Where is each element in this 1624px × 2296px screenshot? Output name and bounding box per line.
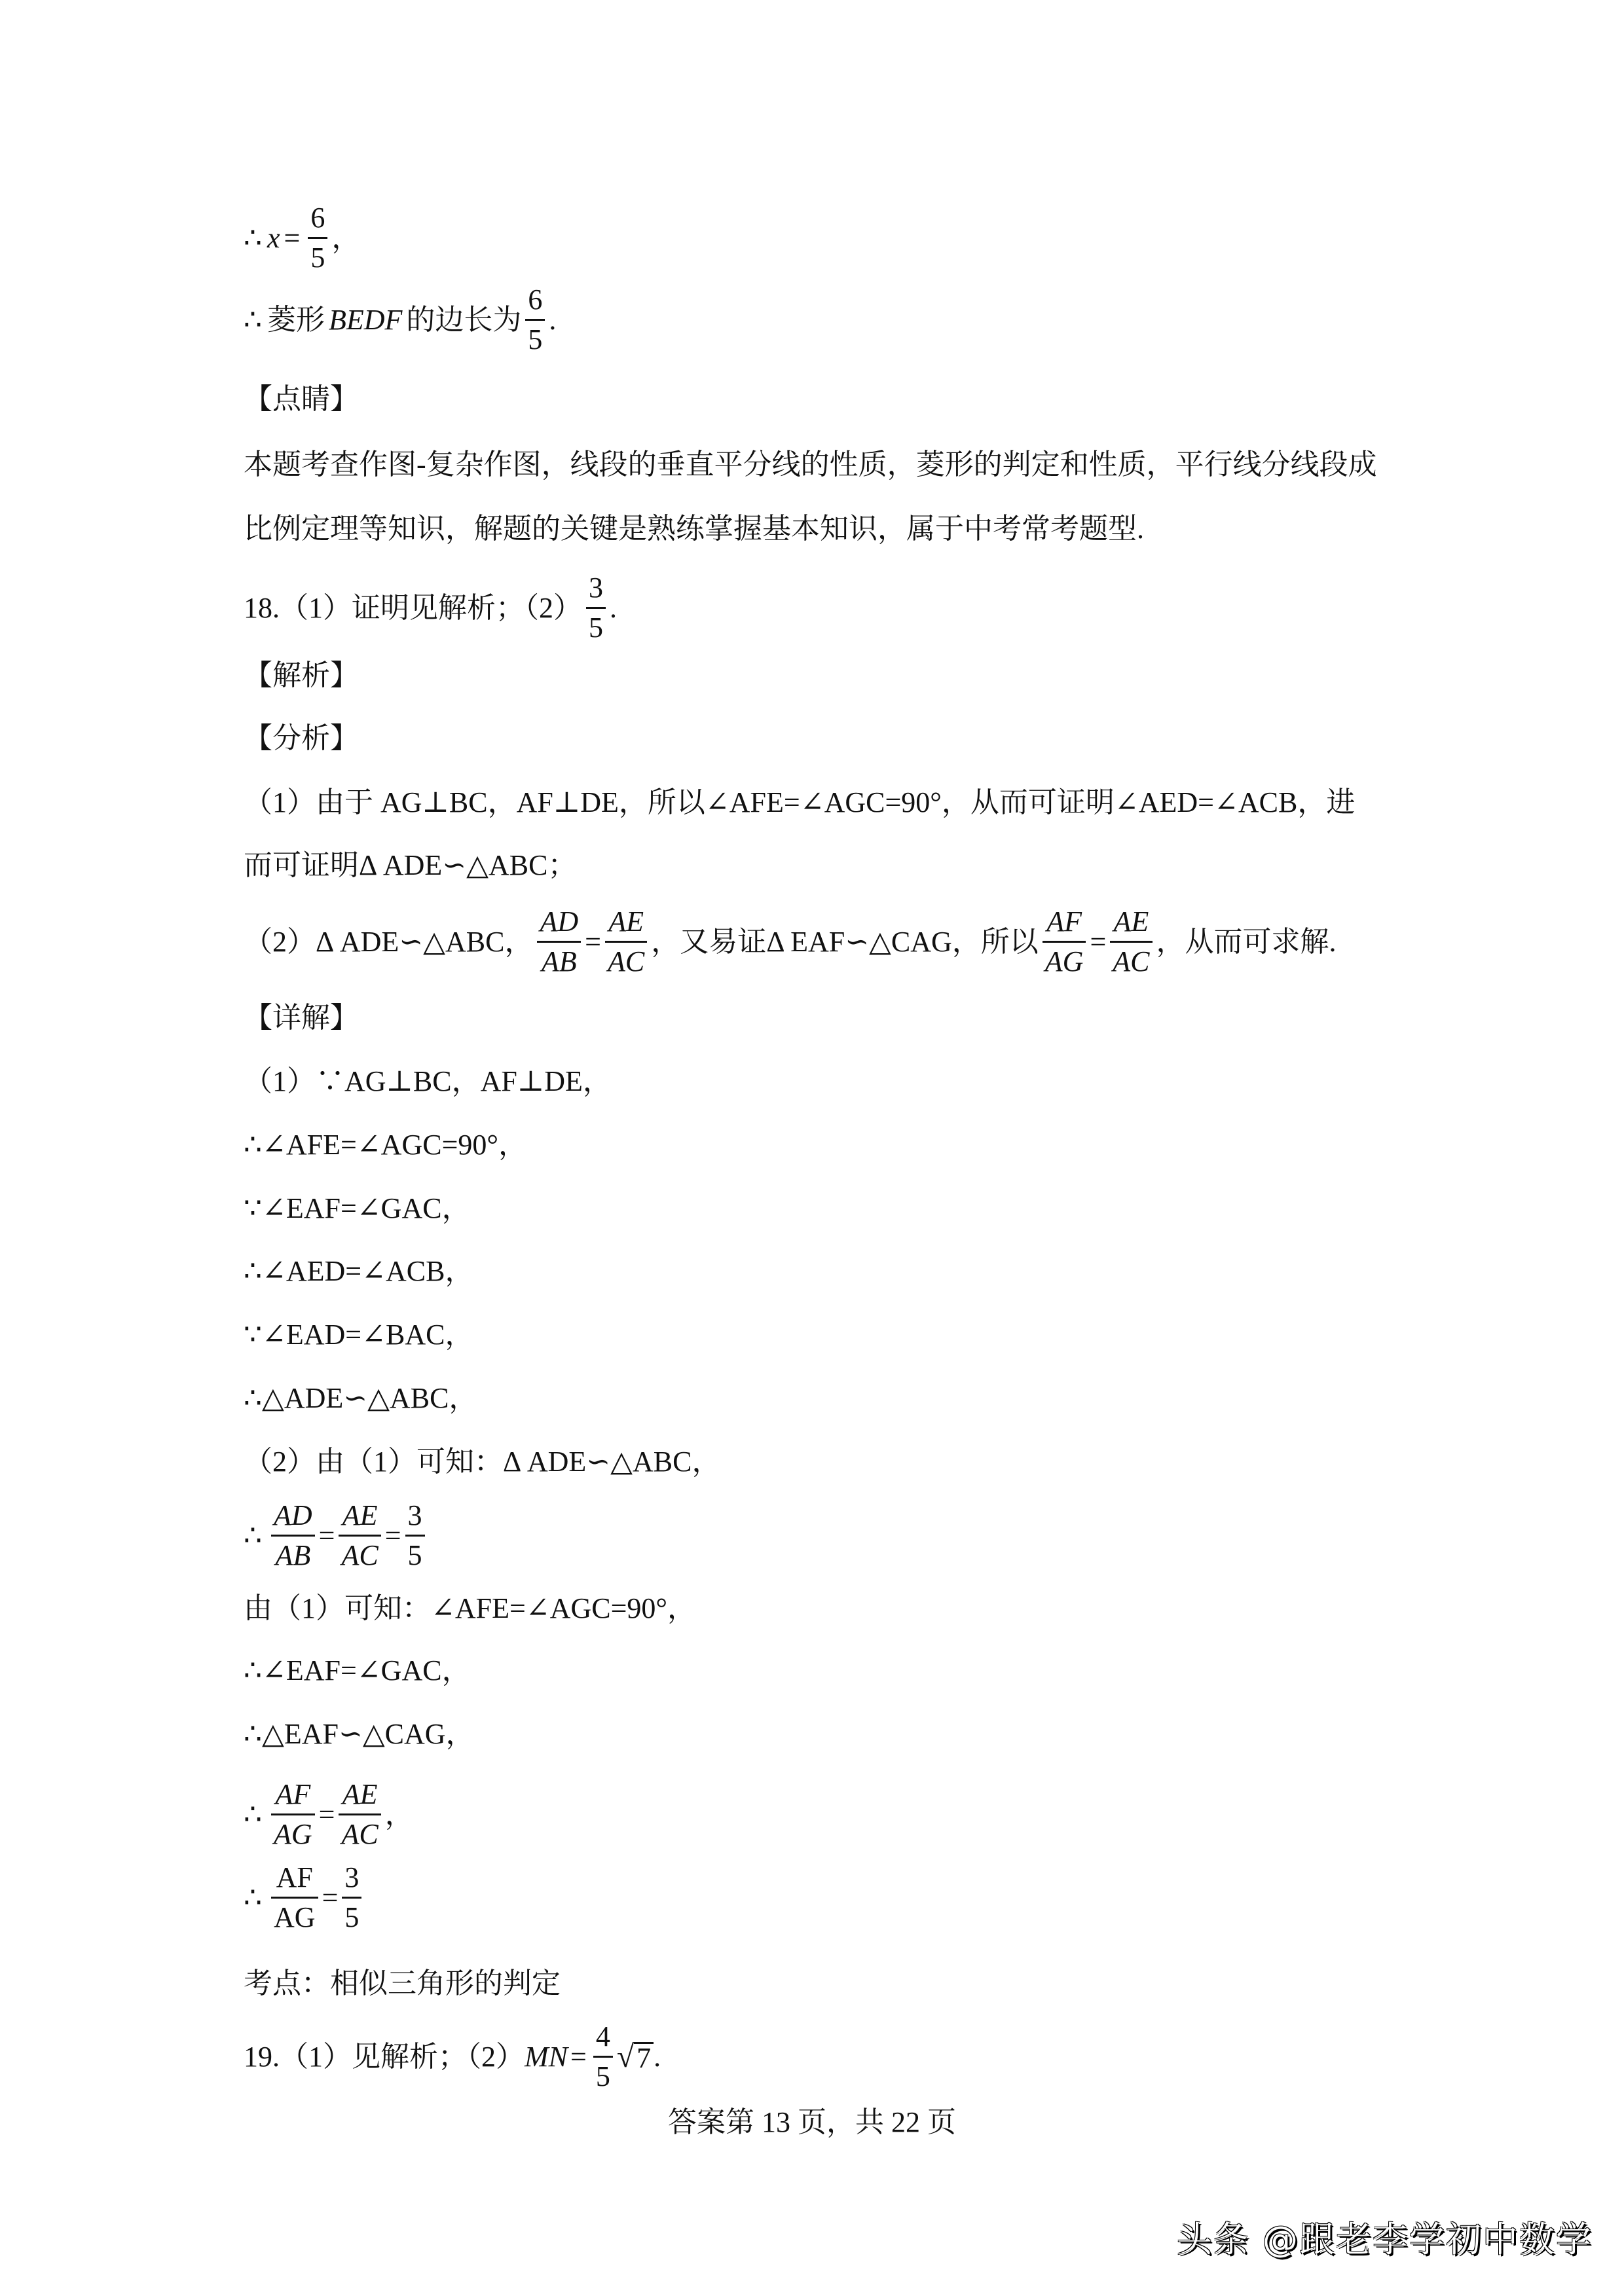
detail-step: ∵∠EAF=∠GAC， bbox=[244, 1194, 471, 1223]
answer-18: 18.（1）证明见解析；（2） 35 . bbox=[244, 573, 617, 643]
section-heading-fenxi: 【分析】 bbox=[244, 724, 359, 753]
therefore-symbol: ∴ bbox=[244, 224, 262, 253]
answer-19: 19.（1）见解析；（2） MN = 45 √7 . bbox=[244, 2022, 661, 2092]
section-heading-jiexi: 【解析】 bbox=[244, 661, 359, 690]
section-heading-dianjing: 【点睛】 bbox=[244, 385, 359, 414]
fraction: 65 bbox=[308, 203, 327, 273]
detail-step: ∴∠AED=∠ACB， bbox=[244, 1257, 473, 1286]
detail-step: ∴△ADE∽△ABC， bbox=[244, 1384, 477, 1413]
dianjing-paragraph-line-1: 本题考查作图-复杂作图，线段的垂直平分线的性质，菱形的判定和性质，平行线分线段成 bbox=[244, 450, 1377, 479]
dianjing-paragraph-line-2: 比例定理等知识，解题的关键是熟练掌握基本知识，属于中考常考题型. bbox=[244, 515, 1144, 543]
square-root: √7 bbox=[617, 2041, 654, 2073]
fenxi-line-2: 而可证明Δ ADE∽△ABC； bbox=[244, 851, 576, 880]
detail-ratio-equation: ∴ ADAB = AEAC = 35 bbox=[244, 1501, 429, 1571]
page-footer: 答案第 13 页，共 22 页 bbox=[0, 2098, 1624, 2140]
detail-step: ∴△EAF∽△CAG， bbox=[244, 1720, 475, 1749]
detail-step: （2）由（1）可知：Δ ADE∽△ABC， bbox=[244, 1448, 720, 1476]
radical-sign-icon: √ bbox=[617, 2041, 634, 2073]
detail-step: ∴∠EAF=∠GAC， bbox=[244, 1656, 471, 1685]
detail-ratio-result: ∴ AFAG = 35 bbox=[244, 1863, 365, 1933]
fenxi-line-3: （2）Δ ADE∽△ABC， ADAB = AEAC ，又易证Δ EAF∽△CA… bbox=[244, 907, 1337, 977]
section-heading-xiangjie: 【详解】 bbox=[244, 1004, 359, 1032]
equation-x-value: ∴ x = 65 ， bbox=[244, 203, 360, 273]
knowledge-point: 考点：相似三角形的判定 bbox=[244, 1969, 561, 1998]
detail-step: （1）∵AG⊥BC，AF⊥DE， bbox=[244, 1067, 612, 1096]
rhombus-side-conclusion: ∴ 菱形 BEDF 的边长为 65 . bbox=[244, 285, 556, 355]
fenxi-line-1: （1）由于 AG⊥BC，AF⊥DE，所以∠AFE=∠AGC=90°，从而可证明∠… bbox=[244, 788, 1355, 817]
detail-step: 由（1）可知：∠AFE=∠AGC=90°， bbox=[244, 1594, 696, 1623]
detail-ratio-equation: ∴ AFAG = AEAC ， bbox=[244, 1779, 414, 1850]
watermark: 头条 @跟老李学初中数学 bbox=[1177, 2212, 1593, 2262]
detail-step: ∴∠AFE=∠AGC=90°， bbox=[244, 1131, 527, 1159]
detail-step: ∵∠EAD=∠BAC， bbox=[244, 1321, 473, 1349]
